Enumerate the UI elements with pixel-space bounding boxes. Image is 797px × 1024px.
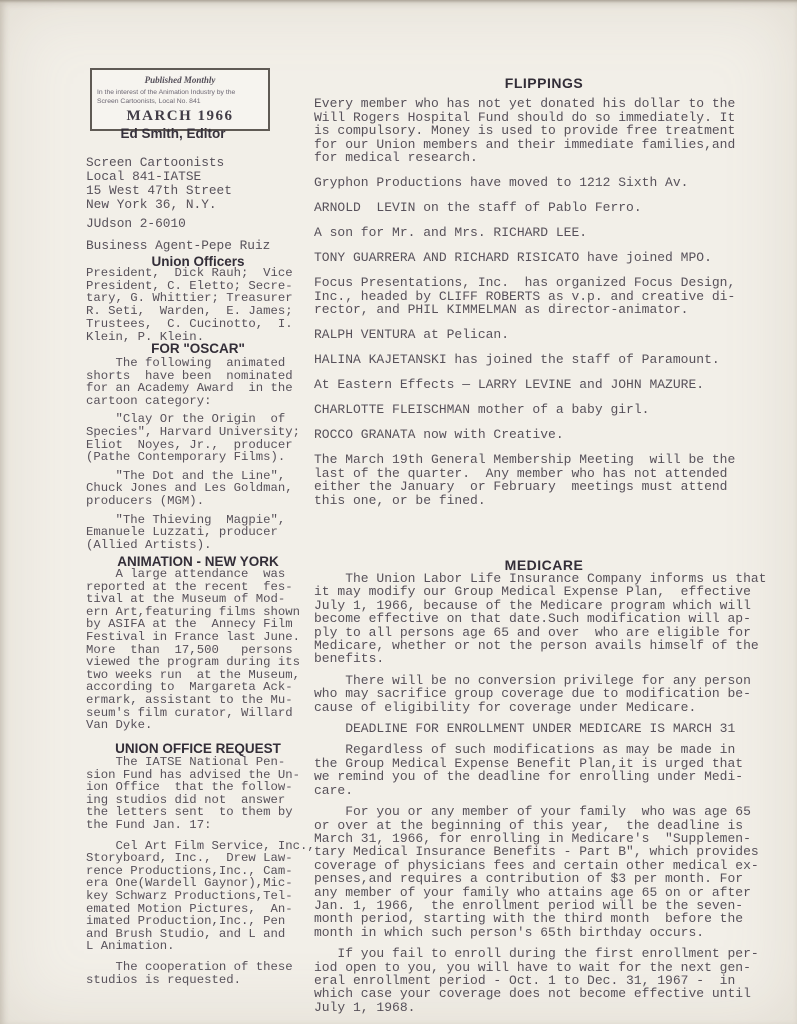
- masthead-issue-date: MARCH 1966: [97, 108, 263, 125]
- paragraph: Focus Presentations, Inc. has organized …: [314, 276, 735, 317]
- union-officers-text: President, Dick Rauh; Vice President, C.…: [86, 267, 293, 343]
- masthead-published-monthly: Published Monthly: [97, 75, 263, 85]
- newsletter-page: Published Monthly In the interest of the…: [0, 0, 797, 1024]
- paragraph: TONY GUARRERA AND RICHARD RISICATO have …: [314, 251, 735, 265]
- paragraph: The March 19th General Membership Meetin…: [314, 453, 735, 507]
- paragraph: Gryphon Productions have moved to 1212 S…: [314, 176, 735, 190]
- section-heading-for-oscar: FOR "OSCAR": [86, 341, 310, 356]
- paragraph: RALPH VENTURA at Pelican.: [314, 328, 735, 342]
- masthead-interest-line2: Screen Cartoonists, Local No. 841: [97, 97, 263, 106]
- union-phone: JUdson 2-6010: [86, 216, 186, 231]
- paragraph: Every member who has not yet donated his…: [314, 97, 735, 165]
- paragraph: "Clay Or the Origin of Species", Harvard…: [86, 413, 300, 463]
- union-address: Screen Cartoonists Local 841-IATSE 15 We…: [86, 156, 232, 212]
- paragraph: The Union Labor Life Insurance Company i…: [314, 572, 766, 666]
- section-heading-union-office-request: UNION OFFICE REQUEST: [86, 741, 310, 756]
- paragraph: Regardless of such modifications as may …: [314, 743, 766, 797]
- paragraph: If you fail to enroll during the first e…: [314, 947, 766, 1014]
- masthead-interest-line1: In the interest of the Animation Industr…: [97, 88, 263, 97]
- paragraph: CHARLOTTE FLEISCHMAN mother of a baby gi…: [314, 403, 735, 417]
- paragraph: ROCCO GRANATA now with Creative.: [314, 428, 735, 442]
- flippings-section: Every member who has not yet donated his…: [314, 97, 735, 519]
- paragraph: The cooperation of these studios is requ…: [86, 961, 315, 986]
- paragraph: DEADLINE FOR ENROLLMENT UNDER MEDICARE I…: [314, 722, 766, 735]
- paragraph: At Eastern Effects — LARRY LEVINE and JO…: [314, 378, 735, 392]
- paragraph: For you or any member of your family who…: [314, 805, 766, 939]
- paragraph: A son for Mr. and Mrs. RICHARD LEE.: [314, 226, 735, 240]
- editor-byline: Ed Smith, Editor: [90, 126, 256, 141]
- paragraph: There will be no conversion privilege fo…: [314, 674, 766, 714]
- section-heading-flippings: FLIPPINGS: [314, 75, 774, 91]
- medicare-section: The Union Labor Life Insurance Company i…: [314, 572, 766, 1022]
- oscar-section: The following animated shorts have been …: [86, 357, 300, 557]
- paragraph: Cel Art Film Service, Inc., Storyboard, …: [86, 840, 315, 953]
- paragraph: The following animated shorts have been …: [86, 357, 300, 407]
- paragraph: "The Thieving Magpie", Emanuele Luzzati,…: [86, 514, 300, 552]
- paragraph: ARNOLD LEVIN on the staff of Pablo Ferro…: [314, 201, 735, 215]
- union-office-request-section: The IATSE National Pen- sion Fund has ad…: [86, 756, 315, 994]
- animation-new-york-text: A large attendance was reported at the r…: [86, 568, 300, 732]
- paragraph: "The Dot and the Line", Chuck Jones and …: [86, 470, 300, 508]
- paragraph: HALINA KAJETANSKI has joined the staff o…: [314, 353, 735, 367]
- masthead-box: Published Monthly In the interest of the…: [90, 68, 270, 131]
- business-agent-line: Business Agent-Pepe Ruiz: [86, 238, 270, 253]
- paragraph: The IATSE National Pen- sion Fund has ad…: [86, 756, 315, 832]
